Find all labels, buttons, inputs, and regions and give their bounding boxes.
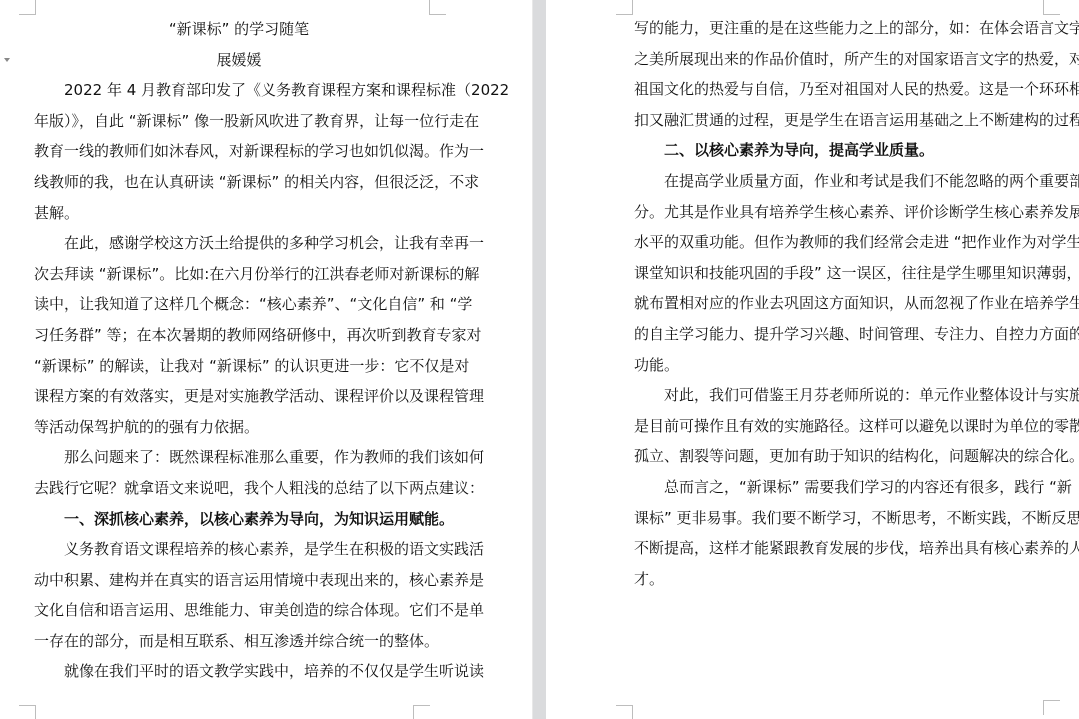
margin-corner-mark (19, 0, 36, 15)
document-author: 展媛媛 (34, 45, 444, 76)
paragraph-line: 在此，感谢学校这方沃土给提供的多种学习机会，让我有幸再一 (34, 228, 444, 259)
paragraph-line: 课程方案的有效落实，更是对实施教学活动、课程评价以及课程管理 (34, 381, 444, 412)
paragraph-line: 才。 (634, 564, 1052, 595)
paragraph-line: 课标” 更非易事。我们要不断学习，不断思考，不断实践，不断反思， (634, 503, 1052, 534)
collapse-heading-icon[interactable] (4, 58, 10, 62)
paragraph-line: 一存在的部分，而是相互联系、相互渗透并综合统一的整体。 (34, 626, 444, 657)
document-title: “新课标” 的学习随笔 (34, 14, 444, 45)
paragraph-line: 对此，我们可借鉴王月芬老师所说的：单元作业整体设计与实施， (634, 380, 1052, 411)
paragraph-line: “新课标” 的解读，让我对 “新课标” 的认识更进一步：它不仅是对 (34, 351, 444, 382)
margin-corner-mark (429, 0, 446, 15)
paragraph-line: 祖国文化的热爱与自信，乃至对祖国对人民的热爱。这是一个环环相 (634, 74, 1052, 105)
paragraph-line: 甚解。 (34, 198, 444, 229)
margin-corner-mark (616, 705, 633, 719)
paragraph-line: 功能。 (634, 350, 1052, 381)
margin-corner-mark (1043, 700, 1060, 715)
paragraph-line: 线教师的我，也在认真研读 “新课标” 的相关内容，但很泛泛，不求 (34, 167, 444, 198)
page-gutter (532, 0, 546, 719)
paragraph-line: 教育一线的教师们如沐春风，对新课程标的学习也如饥似渴。作为一 (34, 136, 444, 167)
paragraph-line: 2022 年 4 月教育部印发了《义务教育课程方案和课程标准（2022 (34, 75, 444, 106)
paragraph-line: 去践行它呢？就拿语文来说吧，我个人粗浅的总结了以下两点建议： (34, 473, 444, 504)
document-page-right[interactable]: 写的能力，更注重的是在这些能力之上的部分，如：在体会语言文字 之美所展现出来的作… (546, 0, 1079, 719)
paragraph-line: 水平的双重功能。但作为教师的我们经常会走进 “把作业作为对学生 (634, 227, 1052, 258)
page-text-body[interactable]: 写的能力，更注重的是在这些能力之上的部分，如：在体会语言文字 之美所展现出来的作… (634, 13, 1052, 594)
paragraph-line: 等活动保驾护航的的强有力依据。 (34, 412, 444, 443)
section-heading-1: 一、深抓核心素养，以核心素养为导向，为知识运用赋能。 (34, 504, 444, 535)
paragraph-line: 写的能力，更注重的是在这些能力之上的部分，如：在体会语言文字 (634, 13, 1052, 44)
paragraph-line: 年版）》，自此 “新课标” 像一股新风吹进了教育界，让每一位行走在 (34, 106, 444, 137)
paragraph-line: 扣又融汇贯通的过程，更是学生在语言运用基础之上不断建构的过程。 (634, 105, 1052, 136)
paragraph-line: 不断提高，这样才能紧跟教育发展的步伐，培养出具有核心素养的人 (634, 533, 1052, 564)
paragraph-line: 在提高学业质量方面，作业和考试是我们不能忽略的两个重要部 (634, 166, 1052, 197)
paragraph-line: 总而言之，“新课标” 需要我们学习的内容还有很多，践行 “新 (634, 472, 1052, 503)
paragraph-line: 义务教育语文课程培养的核心素养，是学生在积极的语文实践活 (34, 534, 444, 565)
margin-corner-mark (19, 705, 36, 719)
paragraph-line: 之美所展现出来的作品价值时，所产生的对国家语言文字的热爱，对 (634, 44, 1052, 75)
gutter-edge (532, 0, 533, 719)
document-page-left[interactable]: “新课标” 的学习随笔 展媛媛 2022 年 4 月教育部印发了《义务教育课程方… (0, 0, 532, 719)
paragraph-line: 次去拜读 “新课标”。比如:在六月份举行的江洪春老师对新课标的解 (34, 259, 444, 290)
page-text-body[interactable]: “新课标” 的学习随笔 展媛媛 2022 年 4 月教育部印发了《义务教育课程方… (34, 14, 444, 687)
paragraph-line: 文化自信和语言运用、思维能力、审美创造的综合体现。它们不是单 (34, 595, 444, 626)
paragraph-line: 分。尤其是作业具有培养学生核心素养、评价诊断学生核心素养发展 (634, 197, 1052, 228)
section-heading-2: 二、以核心素养为导向，提高学业质量。 (634, 135, 1052, 166)
paragraph-line: 那么问题来了：既然课程标准那么重要，作为教师的我们该如何 (34, 442, 444, 473)
paragraph-line: 就布置相对应的作业去巩固这方面知识，从而忽视了作业在培养学生 (634, 288, 1052, 319)
paragraph-line: 是目前可操作且有效的实施路径。这样可以避免以课时为单位的零散、 (634, 411, 1052, 442)
paragraph-line: 读中，让我知道了这样几个概念：“核心素养”、“文化自信” 和 “学 (34, 289, 444, 320)
paragraph-line: 习任务群” 等；在本次暑期的教师网络研修中，再次听到教育专家对 (34, 320, 444, 351)
paragraph-line: 课堂知识和技能巩固的手段” 这一误区，往往是学生哪里知识薄弱， (634, 258, 1052, 289)
margin-corner-mark (413, 705, 430, 719)
paragraph-line: 孤立、割裂等问题，更加有助于知识的结构化，问题解决的综合化。 (634, 441, 1052, 472)
paragraph-line: 动中积累、建构并在真实的语言运用情境中表现出来的，核心素养是 (34, 565, 444, 596)
margin-corner-mark (616, 0, 633, 15)
paragraph-line: 的自主学习能力、提升学习兴趣、时间管理、专注力、自控力方面的 (634, 319, 1052, 350)
paragraph-line: 就像在我们平时的语文教学实践中，培养的不仅仅是学生听说读 (34, 656, 444, 687)
